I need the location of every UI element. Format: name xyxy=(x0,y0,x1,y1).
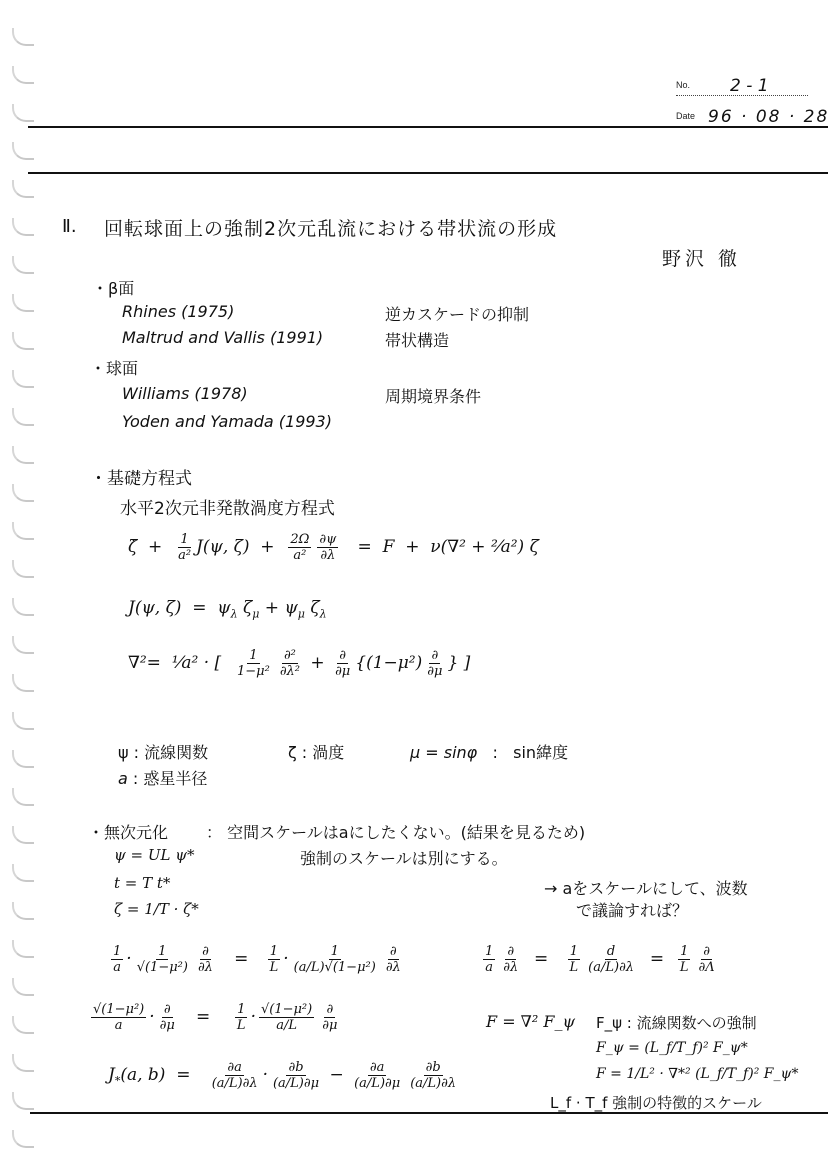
binder-hole xyxy=(12,1016,34,1034)
laplacian-equation: ∇²= ¹⁄a² · [ 11−μ²∂²∂λ² + ∂∂μ{(1−μ²)∂∂μ}… xyxy=(128,648,470,679)
binder-hole xyxy=(12,180,34,198)
binder-hole xyxy=(12,978,34,996)
binder-hole xyxy=(12,674,34,692)
binder-hole xyxy=(12,446,34,464)
date-label: Date xyxy=(676,111,695,121)
binder-hole xyxy=(12,750,34,768)
basic-equations-subheading: 水平2次元非発散渦度方程式 xyxy=(120,494,335,519)
scaling-psi: ψ = UL ψ* xyxy=(114,846,195,864)
vorticity-equation: ζ̇ + 1a²J(ψ, ζ) + 2Ωa²∂ψ∂λ = F + ν(∇² + … xyxy=(128,532,539,563)
header-rule-top xyxy=(28,126,828,128)
definition-zeta: ζ : 渦度 xyxy=(288,740,344,763)
beta-plane-heading: ・β面 xyxy=(92,276,134,299)
nondim-heading: ・無次元化 xyxy=(88,820,168,843)
binder-hole xyxy=(12,104,34,122)
binder-hole xyxy=(12,560,34,578)
definition-mu: μ = sinφ : sin緯度 xyxy=(410,740,568,763)
reference-note: 周期境界条件 xyxy=(385,384,481,407)
binder-hole xyxy=(12,1092,34,1110)
forcing-note: L_f · T_f 強制の特徴的スケール xyxy=(550,1092,762,1113)
author-name: 野沢 徹 xyxy=(662,244,741,271)
forcing-scale-2: F = 1/L² · ∇*² (L_f/T_f)² F_ψ* xyxy=(596,1066,798,1082)
binder-hole xyxy=(12,142,34,160)
binder-hole xyxy=(12,1130,34,1148)
derivative-mu-equation: √(1−μ²)a·∂∂μ = 1L·√(1−μ²)a/L∂∂μ xyxy=(88,1002,342,1033)
forcing-scale-1: F_ψ = (L_f/T_f)² F_ψ* xyxy=(596,1040,748,1056)
reference-citation: Yoden and Yamada (1993) xyxy=(122,412,332,431)
reference-note: 帯状構造 xyxy=(385,328,449,351)
derivative-lambda-equation-2: 1a∂∂λ = 1Ld(a/L)∂λ = 1L∂∂Λ xyxy=(480,944,720,975)
scaling-t: t = T t* xyxy=(114,874,170,892)
page-title: 回転球面上の強制2次元乱流における帯状流の形成 xyxy=(104,214,557,241)
page-number-value: 2 - 1 xyxy=(730,76,769,96)
binder-hole xyxy=(12,370,34,388)
definition-a: a : 惑星半径 xyxy=(118,766,207,789)
binder-hole xyxy=(12,940,34,958)
side-note-line-2: で議論すれば？ xyxy=(576,898,688,921)
binder-hole xyxy=(12,522,34,540)
binder-hole xyxy=(12,902,34,920)
reference-note: 逆カスケードの抑制 xyxy=(385,302,529,325)
forcing-equation: F = ∇² F_ψ xyxy=(486,1012,575,1031)
derivative-lambda-equation: 1a·1√(1−μ²)∂∂λ = 1L·1(a/L)√(1−μ²)∂∂λ xyxy=(108,944,406,975)
reference-citation: Maltrud and Vallis (1991) xyxy=(122,328,323,347)
binder-hole xyxy=(12,28,34,46)
nondim-note-2: 強制のスケールは別にする。 xyxy=(300,846,508,869)
binder-hole xyxy=(12,864,34,882)
header-rule-bottom xyxy=(28,172,828,174)
footer-rule xyxy=(30,1112,828,1114)
definition-psi: ψ : 流線関数 xyxy=(118,740,208,763)
date-value: 96 · 08 · 28 xyxy=(708,107,828,127)
jacobian-equation: J(ψ, ζ) = ψλ ζμ + ψμ ζλ xyxy=(128,598,327,620)
side-note-line-1: → aをスケールにして、波数 xyxy=(544,876,748,899)
binder-hole xyxy=(12,788,34,806)
binder-hole xyxy=(12,826,34,844)
basic-equations-heading: ・基礎方程式 xyxy=(90,464,192,489)
binder-hole xyxy=(12,256,34,274)
binder-hole xyxy=(12,294,34,312)
reference-citation: Williams (1978) xyxy=(122,384,248,403)
binder-hole xyxy=(12,408,34,426)
nondim-note-1: ： 空間スケールはaにしたくない。(結果を見るため) xyxy=(206,820,585,843)
binder-hole xyxy=(12,712,34,730)
forcing-definition: F_ψ : 流線関数への強制 xyxy=(596,1012,757,1033)
scaling-zeta: ζ = 1/T · ζ* xyxy=(114,900,199,918)
nondim-jacobian-equation: J*(a, b) = ∂a(a/L)∂λ·∂b(a/L)∂μ − ∂a(a/L)… xyxy=(108,1060,461,1091)
binder-hole xyxy=(12,218,34,236)
binder-hole xyxy=(12,484,34,502)
binder-hole xyxy=(12,66,34,84)
section-numeral: Ⅱ. xyxy=(62,216,77,237)
binder-hole xyxy=(12,636,34,654)
binder-hole xyxy=(12,598,34,616)
binder-hole xyxy=(12,332,34,350)
binder-hole xyxy=(12,1054,34,1072)
page-number-label: No. xyxy=(676,80,690,90)
reference-citation: Rhines (1975) xyxy=(122,302,234,321)
sphere-heading: ・球面 xyxy=(90,356,138,379)
